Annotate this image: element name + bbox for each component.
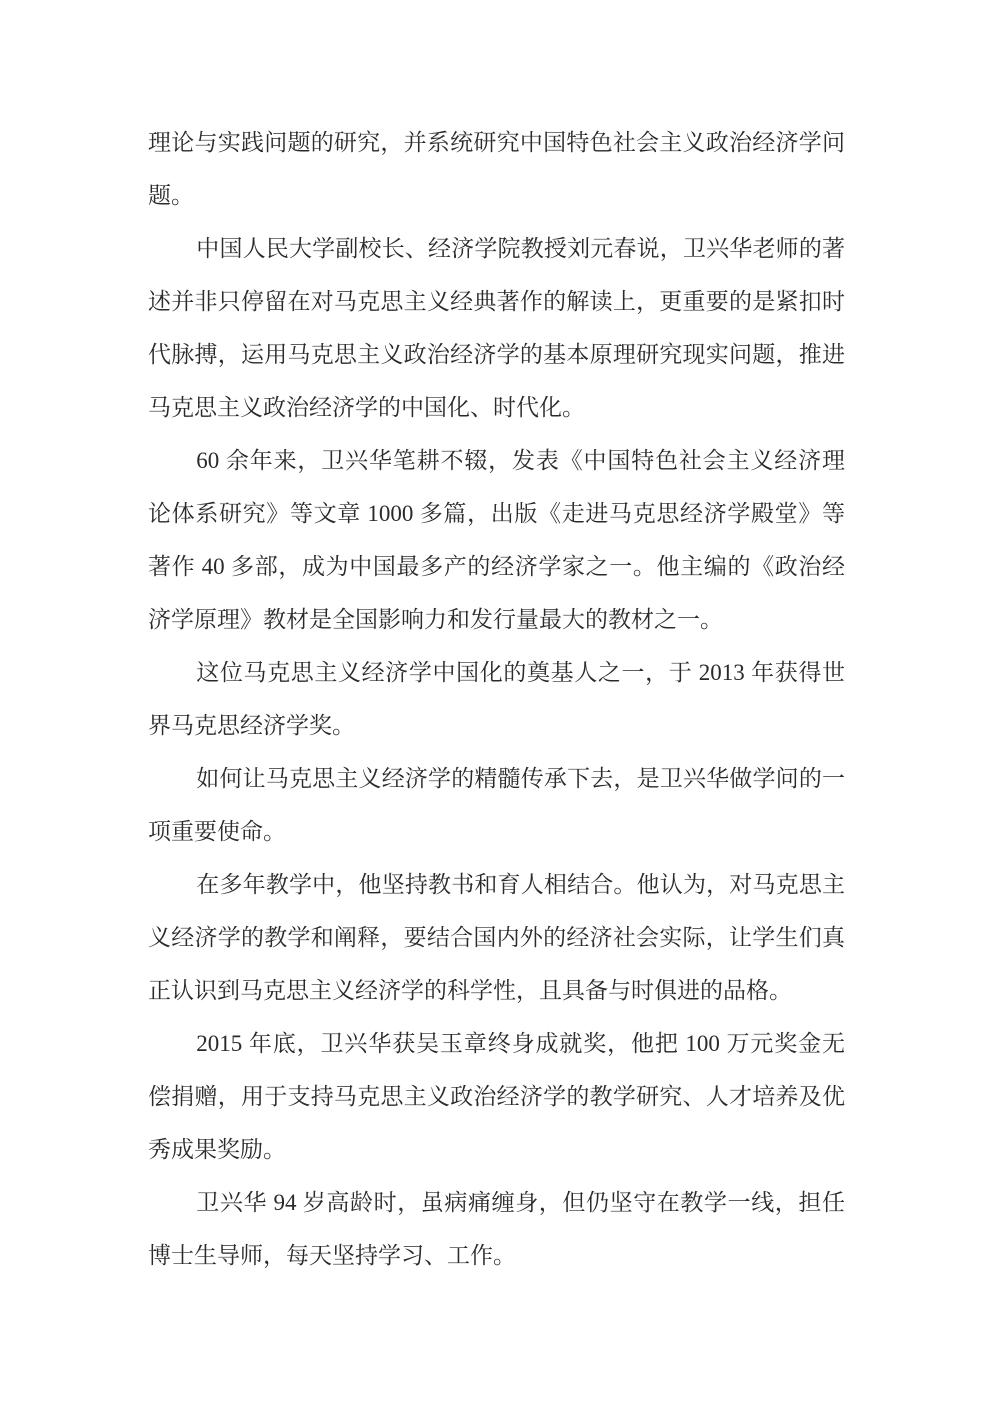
paragraph-5: 如何让马克思主义经济学的精髓传承下去，是卫兴华做学问的一项重要使命。	[148, 752, 845, 858]
paragraph-4: 这位马克思主义经济学中国化的奠基人之一，于 2013 年获得世界马克思经济学奖。	[148, 646, 845, 752]
document-page: 理论与实践问题的研究，并系统研究中国特色社会主义政治经济学问题。 中国人民大学副…	[0, 0, 992, 1403]
paragraph-6: 在多年教学中，他坚持教书和育人相结合。他认为，对马克思主义经济学的教学和阐释，要…	[148, 858, 845, 1017]
paragraph-8: 卫兴华 94 岁高龄时，虽病痛缠身，但仍坚守在教学一线，担任博士生导师，每天坚持…	[148, 1176, 845, 1282]
paragraph-1: 理论与实践问题的研究，并系统研究中国特色社会主义政治经济学问题。	[148, 116, 845, 222]
paragraph-7: 2015 年底，卫兴华获吴玉章终身成就奖，他把 100 万元奖金无偿捐赠，用于支…	[148, 1017, 845, 1176]
paragraph-3: 60 余年来，卫兴华笔耕不辍，发表《中国特色社会主义经济理论体系研究》等文章 1…	[148, 434, 845, 646]
paragraph-2: 中国人民大学副校长、经济学院教授刘元春说，卫兴华老师的著述并非只停留在对马克思主…	[148, 222, 845, 434]
